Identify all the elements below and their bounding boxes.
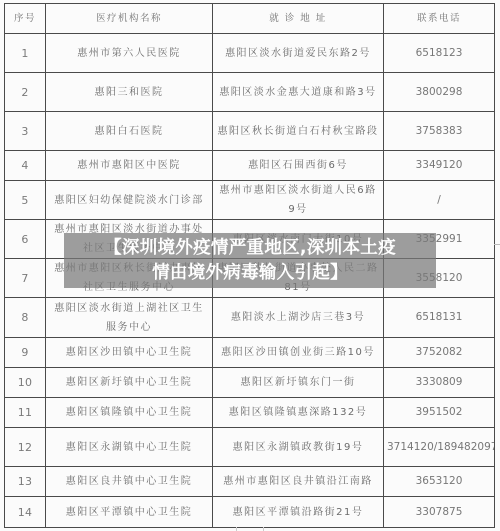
cell-address: 惠州市惠阳区淡水街道人民6路9号 <box>213 181 384 220</box>
page-bottom-mark <box>236 527 264 531</box>
cell-address: 惠阳区永湖镇政教街19号 <box>213 428 384 467</box>
cell-no: 9 <box>5 338 46 368</box>
cell-phone: 3951502 <box>384 398 495 428</box>
cell-name: 惠州市第六人民医院 <box>46 34 213 73</box>
cell-phone: 3307875 <box>384 497 495 528</box>
table-row: 2 惠阳三和医院 惠阳区淡水金惠大道康和路3号 3800298 <box>5 73 495 112</box>
cell-phone: 6518123 <box>384 34 495 73</box>
cell-address: 惠阳区石围西街6号 <box>213 151 384 181</box>
cell-name: 惠阳区永湖镇中心卫生院 <box>46 428 213 467</box>
cell-no: 4 <box>5 151 46 181</box>
cell-no: 5 <box>5 181 46 220</box>
cell-no: 11 <box>5 398 46 428</box>
cell-no: 2 <box>5 73 46 112</box>
cell-no: 8 <box>5 298 46 338</box>
page-edge-mark <box>494 244 500 245</box>
cell-no: 10 <box>5 368 46 398</box>
cell-no: 13 <box>5 467 46 497</box>
cell-phone: 3800298 <box>384 73 495 112</box>
cell-no: 7 <box>5 259 46 298</box>
headline-line-2: 情由境外病毒输入引起】 <box>64 261 436 286</box>
cell-name: 惠阳三和医院 <box>46 73 213 112</box>
cell-phone: / <box>384 181 495 220</box>
table-row: 9 惠阳区沙田镇中心卫生院 惠阳区沙田镇创业街三路10号 3752082 <box>5 338 495 368</box>
cell-name: 惠阳区淡水街道上湖社区卫生服务中心 <box>46 298 213 338</box>
cell-no: 3 <box>5 112 46 151</box>
cell-phone: 6518131 <box>384 298 495 338</box>
cell-name: 惠阳区新圩镇中心卫生院 <box>46 368 213 398</box>
cell-phone: 3758383 <box>384 112 495 151</box>
cell-name: 惠州市惠阳区中医院 <box>46 151 213 181</box>
cell-phone: 3349120 <box>384 151 495 181</box>
table-row: 12 惠阳区永湖镇中心卫生院 惠阳区永湖镇政教街19号 3714120/1894… <box>5 428 495 467</box>
cell-phone: 3330809 <box>384 368 495 398</box>
table-row: 1 惠州市第六人民医院 惠阳区淡水街道爱民东路2号 6518123 <box>5 34 495 73</box>
table-row: 11 惠阳区镇隆镇中心卫生院 惠阳区镇隆镇惠深路132号 3951502 <box>5 398 495 428</box>
cell-address: 惠阳区沙田镇创业街三路10号 <box>213 338 384 368</box>
table-row: 5 惠阳区妇幼保健院淡水门诊部 惠州市惠阳区淡水街道人民6路9号 / <box>5 181 495 220</box>
table-row: 14 惠阳区平潭镇中心卫生院 惠阳区平潭镇沿路街21号 3307875 <box>5 497 495 528</box>
cell-phone: 3653120 <box>384 467 495 497</box>
cell-address: 惠阳区镇隆镇惠深路132号 <box>213 398 384 428</box>
cell-address: 惠阳区秋长街道白石村秋宝路段 <box>213 112 384 151</box>
table-row: 8 惠阳区淡水街道上湖社区卫生服务中心 惠阳淡水上湖沙店三巷3号 6518131 <box>5 298 495 338</box>
header-name: 医疗机构名称 <box>46 4 213 34</box>
cell-no: 1 <box>5 34 46 73</box>
cell-phone: 3752082 <box>384 338 495 368</box>
cell-name: 惠阳区妇幼保健院淡水门诊部 <box>46 181 213 220</box>
cell-name: 惠阳白石医院 <box>46 112 213 151</box>
cell-address: 惠州市惠阳区良井镇沿江南路 <box>213 467 384 497</box>
cell-name: 惠阳区良井镇中心卫生院 <box>46 467 213 497</box>
cell-no: 12 <box>5 428 46 467</box>
cell-address: 惠阳淡水上湖沙店三巷3号 <box>213 298 384 338</box>
cell-no: 6 <box>5 220 46 259</box>
table-row: 13 惠阳区良井镇中心卫生院 惠州市惠阳区良井镇沿江南路 3653120 <box>5 467 495 497</box>
header-address: 就 诊 地 址 <box>213 4 384 34</box>
cell-name: 惠阳区平潭镇中心卫生院 <box>46 497 213 528</box>
document-image: 序号 医疗机构名称 就 诊 地 址 联系电话 1 惠州市第六人民医院 惠阳区淡水… <box>0 0 500 531</box>
headline-line-1: 【深圳境外疫情严重地区,深圳本土疫 <box>64 236 436 261</box>
cell-name: 惠阳区镇隆镇中心卫生院 <box>46 398 213 428</box>
table-row: 3 惠阳白石医院 惠阳区秋长街道白石村秋宝路段 3758383 <box>5 112 495 151</box>
cell-address: 惠阳区淡水街道爱民东路2号 <box>213 34 384 73</box>
cell-no: 14 <box>5 497 46 528</box>
cell-phone: 3714120/18948209700 <box>384 428 495 467</box>
cell-address: 惠阳区新圩镇东门一街 <box>213 368 384 398</box>
header-no: 序号 <box>5 4 46 34</box>
cell-address: 惠阳区淡水金惠大道康和路3号 <box>213 73 384 112</box>
table-header-row: 序号 医疗机构名称 就 诊 地 址 联系电话 <box>5 4 495 34</box>
table-row: 10 惠阳区新圩镇中心卫生院 惠阳区新圩镇东门一街 3330809 <box>5 368 495 398</box>
headline-overlay: 【深圳境外疫情严重地区,深圳本土疫 情由境外病毒输入引起】 <box>64 233 436 288</box>
header-phone: 联系电话 <box>384 4 495 34</box>
table-row: 4 惠州市惠阳区中医院 惠阳区石围西街6号 3349120 <box>5 151 495 181</box>
cell-name: 惠阳区沙田镇中心卫生院 <box>46 338 213 368</box>
cell-address: 惠阳区平潭镇沿路街21号 <box>213 497 384 528</box>
